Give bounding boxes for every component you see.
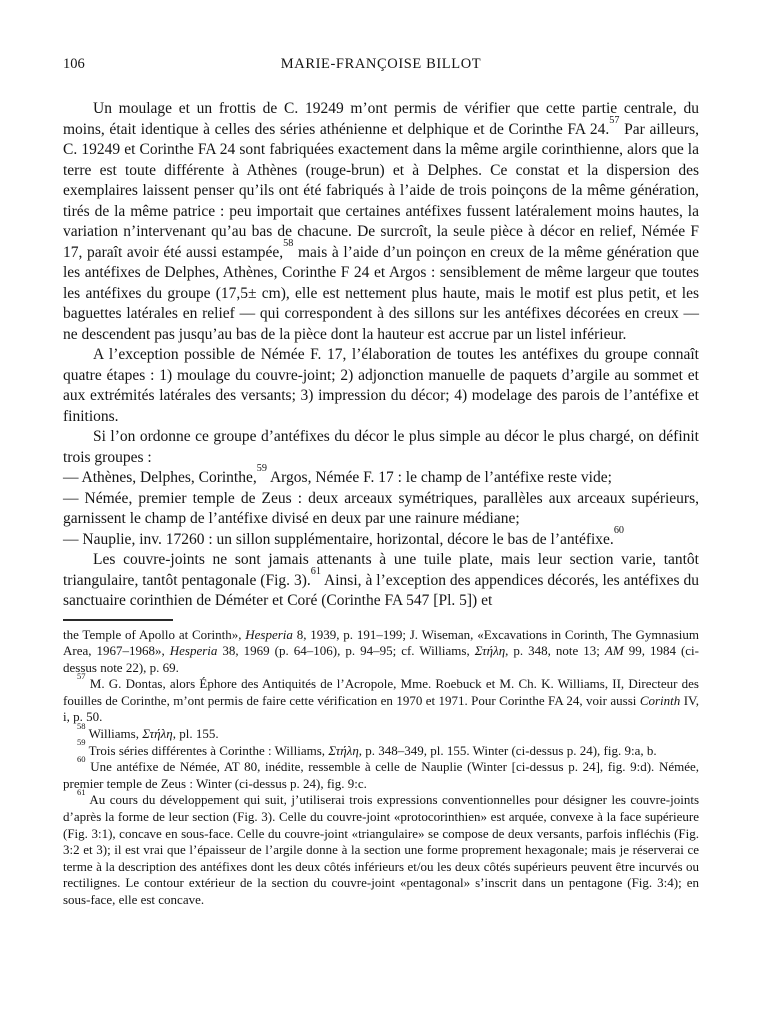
footnote-58: 58 Williams, Στήλη, pl. 155.: [63, 726, 699, 743]
footnotes-section: the Temple of Apollo at Corinth», Hesper…: [63, 627, 699, 909]
body-list-item-3: — Nauplie, inv. 17260 : un sillon supplé…: [63, 530, 699, 551]
footnote-61: 61 Au cours du développement qui suit, j…: [63, 792, 699, 908]
footnote-continuation: the Temple of Apollo at Corinth», Hesper…: [63, 627, 699, 677]
footnote-57: 57 M. G. Dontas, alors Éphore des Antiqu…: [63, 676, 699, 726]
document-page: 106 MARIE-FRANÇOISE BILLOT Un moulage et…: [0, 0, 762, 1024]
body-paragraph-1: Un moulage et un frottis de C. 19249 m’o…: [63, 99, 699, 345]
running-head: MARIE-FRANÇOISE BILLOT: [63, 56, 699, 73]
body-paragraph-2: A l’exception possible de Némée F. 17, l…: [63, 345, 699, 427]
page-number: 106: [63, 56, 85, 73]
footnote-separator: [63, 619, 173, 621]
main-text: Un moulage et un frottis de C. 19249 m’o…: [63, 99, 699, 612]
body-paragraph-4: Les couvre-joints ne sont jamais attenan…: [63, 550, 699, 612]
body-list-item-2: — Némée, premier temple de Zeus : deux a…: [63, 489, 699, 530]
body-paragraph-3: Si l’on ordonne ce groupe d’antéfixes du…: [63, 427, 699, 468]
footnote-59: 59 Trois séries différentes à Corinthe :…: [63, 743, 699, 760]
footnote-60: 60 Une antéfixe de Némée, AT 80, inédite…: [63, 759, 699, 792]
body-list-item-1: — Athènes, Delphes, Corinthe,59 Argos, N…: [63, 468, 699, 489]
page-header: 106 MARIE-FRANÇOISE BILLOT: [63, 56, 699, 73]
